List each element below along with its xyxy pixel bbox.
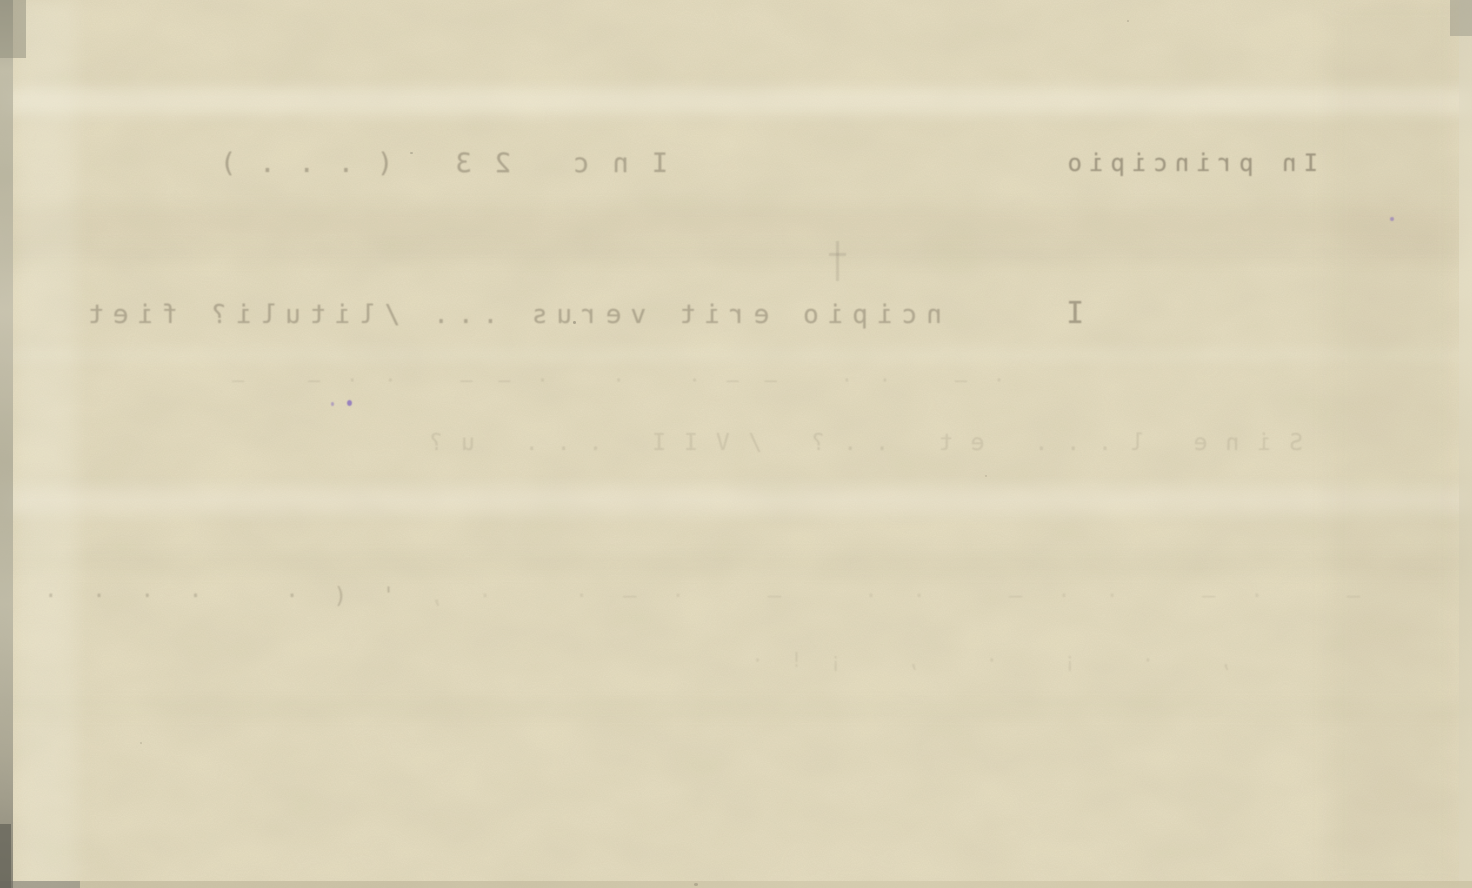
faint-typed-marks-1: ·— ·· ——· · ·—— ··— — bbox=[205, 368, 1005, 392]
right-edge-scan-border bbox=[1459, 0, 1472, 888]
scan-streak bbox=[0, 251, 1472, 259]
scan-streak bbox=[0, 350, 1472, 360]
faint-typed-marks-4: , · ¡ · , ¡!· bbox=[722, 648, 1232, 672]
purple-ink-dot bbox=[331, 402, 334, 406]
paper-speck bbox=[1127, 20, 1129, 22]
typed-main-line: ncipio erit verus ... /lituli? fiet bbox=[82, 300, 942, 331]
scanned-card: { "colors": { "paper": "#e8e0c4", "ink":… bbox=[0, 0, 1472, 888]
top-left-corner-blotch bbox=[0, 0, 26, 58]
scan-streak bbox=[0, 703, 1472, 715]
paper-speck bbox=[573, 321, 576, 324]
faint-typed-marks-2: Sine l... et ..? /VII ... u? bbox=[388, 430, 1303, 458]
scan-streak bbox=[0, 556, 1472, 572]
purple-ink-dot bbox=[1390, 217, 1394, 221]
scan-streak bbox=[0, 88, 1472, 114]
left-edge-scan-border bbox=[0, 0, 13, 888]
scan-streak-vertical bbox=[1330, 0, 1456, 888]
faint-typed-marks-3b: '(· ···· bbox=[9, 584, 395, 609]
bottom-edge-scan-border bbox=[0, 881, 1472, 888]
scan-streak-vertical bbox=[16, 0, 76, 888]
headword: In principio bbox=[1048, 149, 1318, 178]
paper-speck bbox=[410, 152, 413, 154]
reference-line: Inc 23 (...) bbox=[168, 148, 668, 180]
scan-streak bbox=[0, 206, 1472, 246]
typed-initial: I bbox=[1066, 296, 1084, 332]
faint-cross-mark bbox=[836, 241, 839, 281]
paper-speck bbox=[985, 475, 987, 477]
top-right-corner-blotch bbox=[1450, 0, 1472, 36]
faint-typed-marks-3: — ·— ··— ·· — ·—· ·,'(· ···· bbox=[60, 584, 1360, 610]
faint-cross-mark-bar bbox=[829, 253, 846, 256]
faint-typed-marks-3a: — ·— ··— ·· — ·—· ·, bbox=[395, 584, 1360, 609]
bottom-left-corner-blotch bbox=[0, 824, 11, 888]
paper-speck bbox=[140, 742, 142, 744]
purple-ink-dot bbox=[347, 400, 352, 406]
scan-streak bbox=[0, 487, 1472, 513]
